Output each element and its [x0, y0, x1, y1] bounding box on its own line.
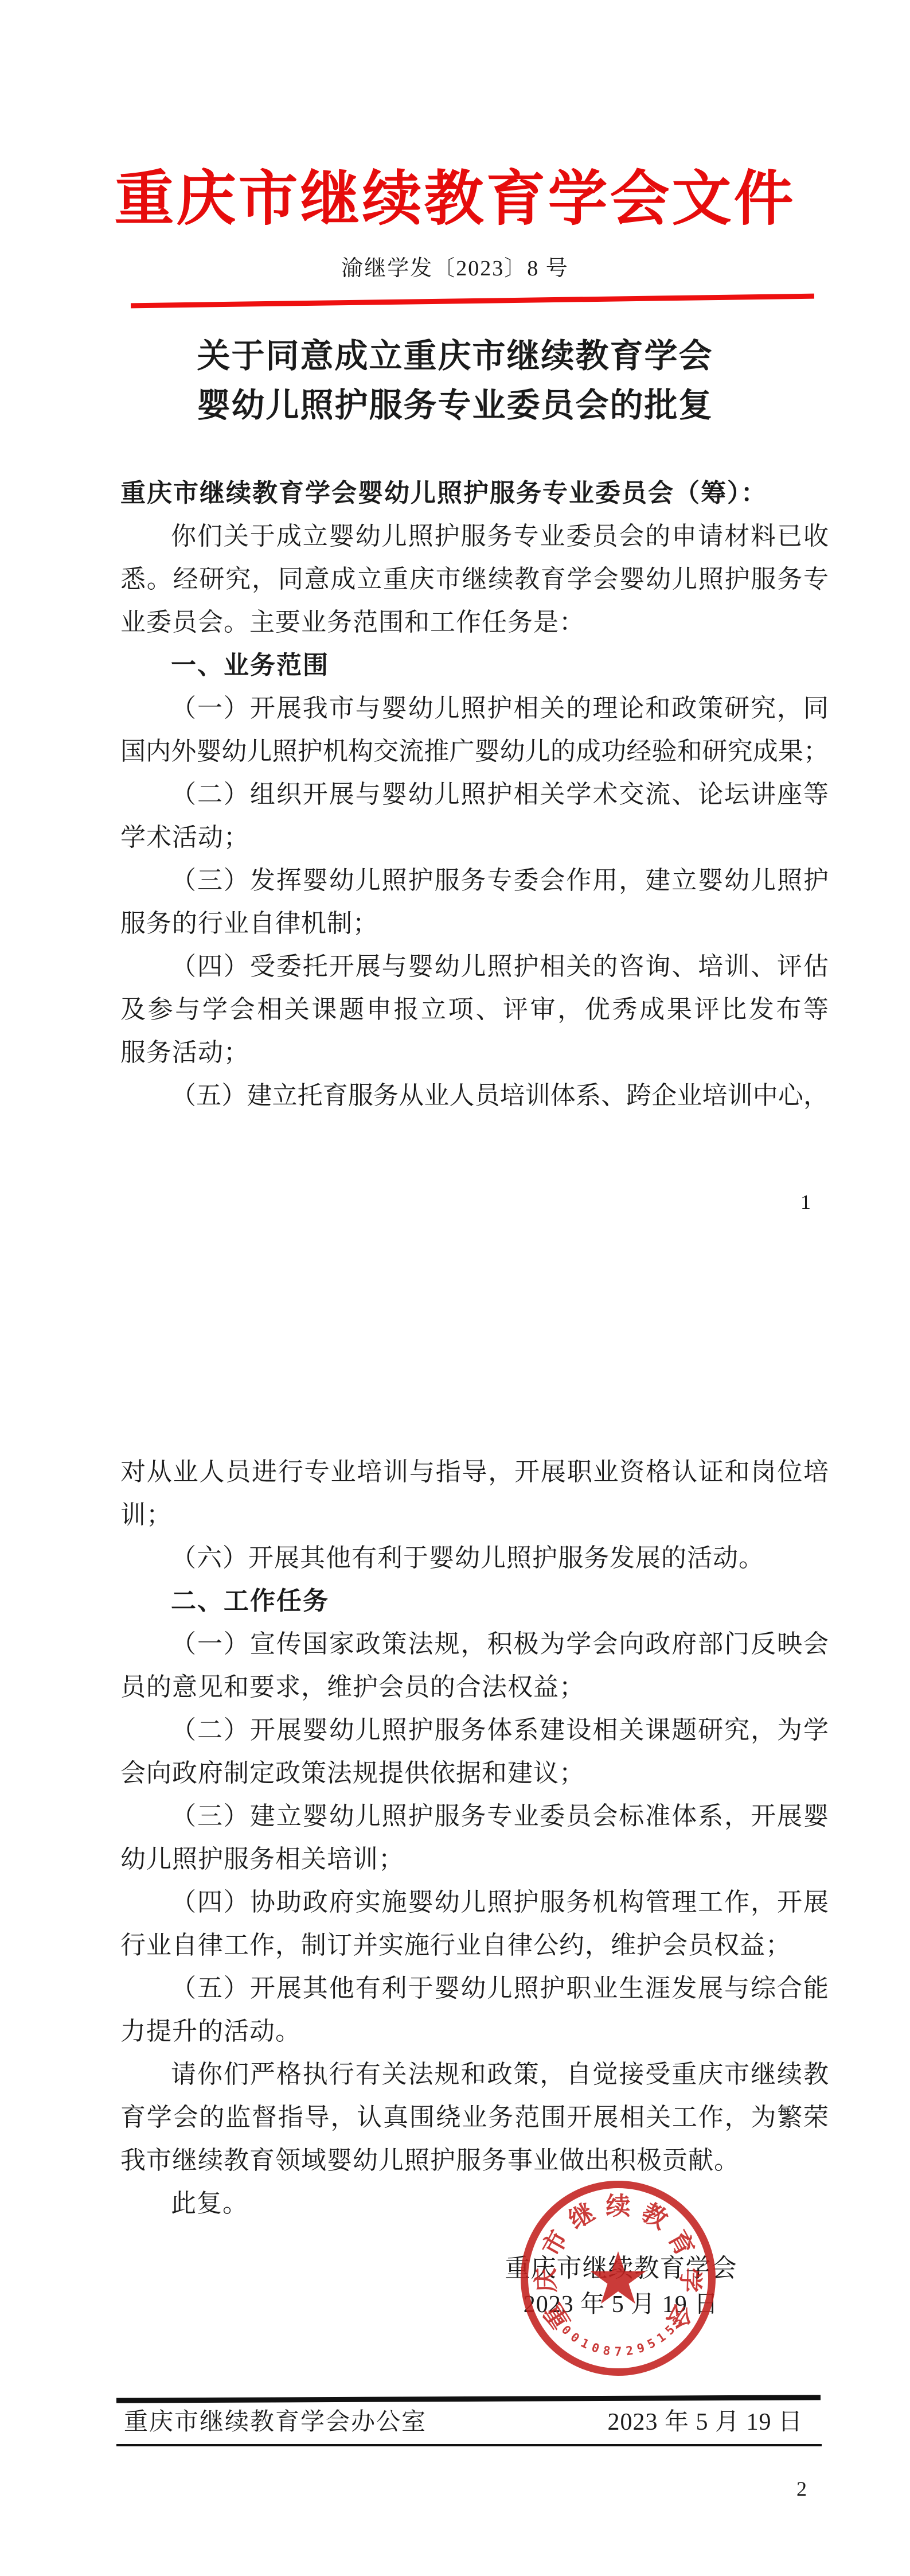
seal-code-digit: 8 [600, 2343, 614, 2359]
body-line: 我市继续教育领域婴幼儿照护服务事业做出积极贡献。 [120, 2139, 829, 2182]
body-line: （一）开展我市与婴幼儿照护相关的理论和政策研究，同 [120, 687, 829, 730]
page-number-1: 1 [788, 1189, 823, 1215]
footer-rule-thin [116, 2444, 822, 2446]
page-2-body: 对从业人员进行专业培训与指导，开展职业资格认证和岗位培 训； （六）开展其他有利… [120, 1450, 829, 2225]
seal-code-digit: 1 [653, 2329, 670, 2347]
seal-code-digit: 2 [623, 2343, 636, 2359]
body-line: 你们关于成立婴幼儿照护服务专业委员会的申请材料已收 [120, 515, 829, 558]
document-scan: 重庆市继续教育学会文件 渝继学发〔2023〕8 号 关于同意成立重庆市继续教育学… [0, 0, 910, 2576]
seal-code-digit: 7 [612, 2345, 624, 2359]
body-line: 服务的行业自律机制； [120, 902, 829, 945]
body-line: （四）协助政府实施婴幼儿照护服务机构管理工作，开展 [120, 1881, 829, 1924]
letterhead-red-rule [131, 294, 814, 309]
document-title: 关于同意成立重庆市继续教育学会 婴幼儿照护服务专业委员会的批复 [101, 332, 809, 430]
document-title-line-1: 关于同意成立重庆市继续教育学会 [101, 332, 809, 381]
page-1-body: 重庆市继续教育学会婴幼儿照护服务专业委员会（筹）： 你们关于成立婴幼儿照护服务专… [120, 472, 829, 1117]
body-line: 员的意见和要求，维护会员的合法权益； [120, 1666, 829, 1709]
body-line: 悉。经研究，同意成立重庆市继续教育学会婴幼儿照护服务专 [120, 558, 829, 601]
body-line: 育学会的监督指导，认真围绕业务范围开展相关工作，为繁荣 [120, 2096, 829, 2139]
body-line: 幼儿照护服务相关培训； [120, 1838, 829, 1881]
closing-line: 此复。 [120, 2182, 829, 2225]
seal-code-digit: 9 [633, 2340, 648, 2356]
section-heading-2: 二、工作任务 [120, 1579, 829, 1622]
seal-code-digit: 0 [588, 2340, 603, 2356]
page-number-2: 2 [784, 2476, 819, 2501]
body-line: 请你们严格执行有关法规和政策，自觉接受重庆市继续教 [120, 2053, 829, 2096]
signature-date: 2023 年 5 月 19 日 [476, 2283, 766, 2326]
section-heading-1: 一、业务范围 [120, 644, 829, 687]
document-title-line-2: 婴幼儿照护服务专业委员会的批复 [101, 381, 809, 430]
body-line: （三）发挥婴幼儿照护服务专委会作用，建立婴幼儿照护 [120, 859, 829, 902]
body-line: 学术活动； [120, 816, 829, 859]
body-line: （四）受委托开展与婴幼儿照护相关的咨询、培训、评估 [120, 945, 829, 988]
addressee-line: 重庆市继续教育学会婴幼儿照护服务专业委员会（筹）： [120, 472, 829, 515]
body-line: （五）开展其他有利于婴幼儿照护职业生涯发展与综合能 [120, 1967, 829, 2010]
body-line: 国内外婴幼儿照护机构交流推广婴幼儿的成功经验和研究成果； [120, 730, 829, 773]
seal-code-digit: 1 [577, 2335, 593, 2352]
body-line: 训； [120, 1493, 829, 1536]
seal-code-digit: 5 [643, 2335, 660, 2352]
body-line: （二）开展婴幼儿照护服务体系建设相关课题研究，为学 [120, 1709, 829, 1752]
footer-print-date: 2023 年 5 月 19 日 [516, 2405, 803, 2439]
body-line: 及参与学会相关课题申报立项、评审，优秀成果评比发布等 [120, 988, 829, 1031]
footer-rule-thick [116, 2395, 821, 2403]
body-line: （五）建立托育服务从业人员培训体系、跨企业培训中心， [120, 1074, 829, 1117]
document-number: 渝继学发〔2023〕8 号 [0, 252, 910, 285]
body-line: 对从业人员进行专业培训与指导，开展职业资格认证和岗位培 [120, 1450, 829, 1493]
body-line: 行业自律工作，制订并实施行业自律公约，维护会员权益； [120, 1924, 829, 1967]
body-line: 会向政府制定政策法规提供依据和建议； [120, 1752, 829, 1795]
letterhead-title: 重庆市继续教育学会文件 [0, 165, 910, 234]
body-line: 业委员会。主要业务范围和工作任务是： [120, 601, 829, 644]
body-line: 服务活动； [120, 1031, 829, 1074]
body-line: 力提升的活动。 [120, 2010, 829, 2053]
seal-code-digit: 0 [567, 2329, 584, 2347]
body-line: （三）建立婴幼儿照护服务专业委员会标准体系，开展婴 [120, 1795, 829, 1838]
body-line: （六）开展其他有利于婴幼儿照护服务发展的活动。 [120, 1536, 829, 1579]
body-line: （二）组织开展与婴幼儿照护相关学术交流、论坛讲座等 [120, 773, 829, 816]
footer-issuing-office: 重庆市继续教育学会办公室 [124, 2405, 525, 2439]
body-line: （一）宣传国家政策法规，积极为学会向政府部门反映会 [120, 1622, 829, 1666]
